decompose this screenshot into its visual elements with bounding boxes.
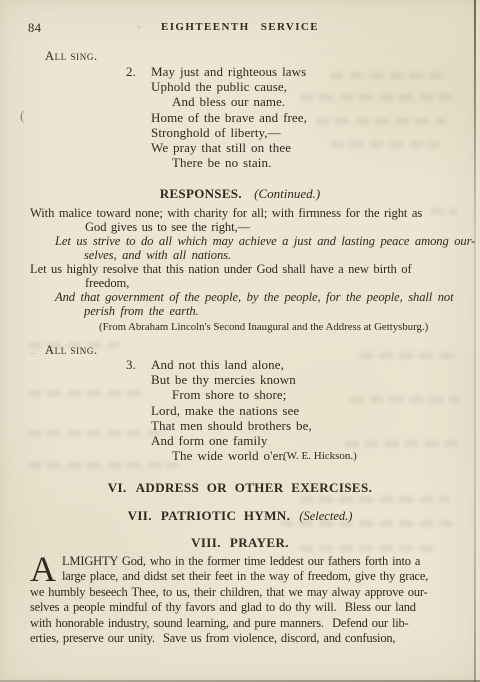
section-note: (Selected.) xyxy=(299,509,352,523)
response-line: Let us highly resolve that this nation u… xyxy=(30,262,412,277)
section-numeral: VI. xyxy=(108,480,127,495)
section-heading-8: VIII.PRAYER. xyxy=(0,535,480,551)
verse-line: We pray that still on thee xyxy=(151,140,307,155)
verse-number: 3. xyxy=(126,357,136,373)
prayer-line: large place, and didst set their feet in… xyxy=(30,569,462,584)
scanned-book-page: { "page": { "number": "84", "header": "E… xyxy=(0,0,480,682)
verse-line: And bless our name. xyxy=(151,94,307,109)
prayer-line: with honorable industry, sound learning,… xyxy=(30,616,462,631)
rubric-all-sing: All sing. xyxy=(45,49,98,64)
verse-line: Lord, make the nations see xyxy=(151,403,312,418)
hymn-verse-2: 2. May just and righteous laws Uphold th… xyxy=(151,64,307,170)
verse-line: Home of the brave and free, xyxy=(151,110,307,125)
verse-line: May just and righteous laws xyxy=(151,64,307,79)
prayer-paragraph: A LMIGHTY God, who in the former time le… xyxy=(30,554,462,646)
section-title: ADDRESS OR OTHER EXERCISES. xyxy=(136,480,373,495)
responses-title: RESPONSES. xyxy=(160,186,242,201)
section-heading-6: VI.ADDRESS OR OTHER EXERCISES. xyxy=(0,480,480,496)
response-line: God gives us to see the right,— xyxy=(85,220,250,235)
verse-number: 2. xyxy=(126,64,136,80)
verse-line: There be no stain. xyxy=(151,155,307,170)
verse-line: That men should brothers be, xyxy=(151,418,312,433)
response-line: freedom, xyxy=(85,276,129,291)
running-head-title: EIGHTEENTH SERVICE xyxy=(0,21,480,33)
responses-attribution: (From Abraham Lincoln's Second Inaugural… xyxy=(99,321,428,333)
verse-line: Uphold the public cause, xyxy=(151,79,307,94)
verse-line: Stronghold of liberty,— xyxy=(151,125,307,140)
responses-continued: (Continued.) xyxy=(254,186,320,201)
response-line-italic: selves, and with all nations. xyxy=(84,248,231,263)
verse-line: But be thy mercies known xyxy=(151,372,312,387)
section-numeral: VII. xyxy=(128,508,152,523)
prayer-line: LMIGHTY God, who in the former time ledd… xyxy=(30,554,462,569)
section-numeral: VIII. xyxy=(191,535,221,550)
verse-line: And form one family xyxy=(151,433,312,448)
section-heading-7: VII.PATRIOTIC HYMN.(Selected.) xyxy=(0,508,480,524)
prayer-line: selves a people mindful of thy favors an… xyxy=(30,600,462,615)
hymn-verse-3: 3. And not this land alone, But be thy m… xyxy=(151,357,312,463)
response-line-italic: perish from the earth. xyxy=(84,304,199,319)
section-title: PATRIOTIC HYMN. xyxy=(161,508,290,523)
verse-line: And not this land alone, xyxy=(151,357,312,372)
page-edge-line xyxy=(474,0,476,682)
rubric-all-sing: All sing. xyxy=(45,343,98,358)
response-line: With malice toward none; with charity fo… xyxy=(30,206,422,221)
prayer-line: we humbly beseech Thee, to us, their chi… xyxy=(30,585,462,600)
hymn-attribution: (W. E. Hickson.) xyxy=(283,450,357,462)
prayer-dropcap: A xyxy=(30,555,56,584)
page-edge-highlight xyxy=(476,0,480,682)
prayer-line: erties, preserve our unity. Save us from… xyxy=(30,631,462,646)
stray-mark-dash: – xyxy=(30,348,35,359)
verse-line: From shore to shore; xyxy=(151,387,312,402)
responses-heading: RESPONSES. (Continued.) xyxy=(0,186,480,202)
section-title: PRAYER. xyxy=(230,535,289,550)
stray-mark-paren: ( xyxy=(20,108,24,124)
response-line-italic: And that government of the people, by th… xyxy=(55,290,454,305)
response-line-italic: Let us strive to do all which may achiev… xyxy=(55,234,475,249)
